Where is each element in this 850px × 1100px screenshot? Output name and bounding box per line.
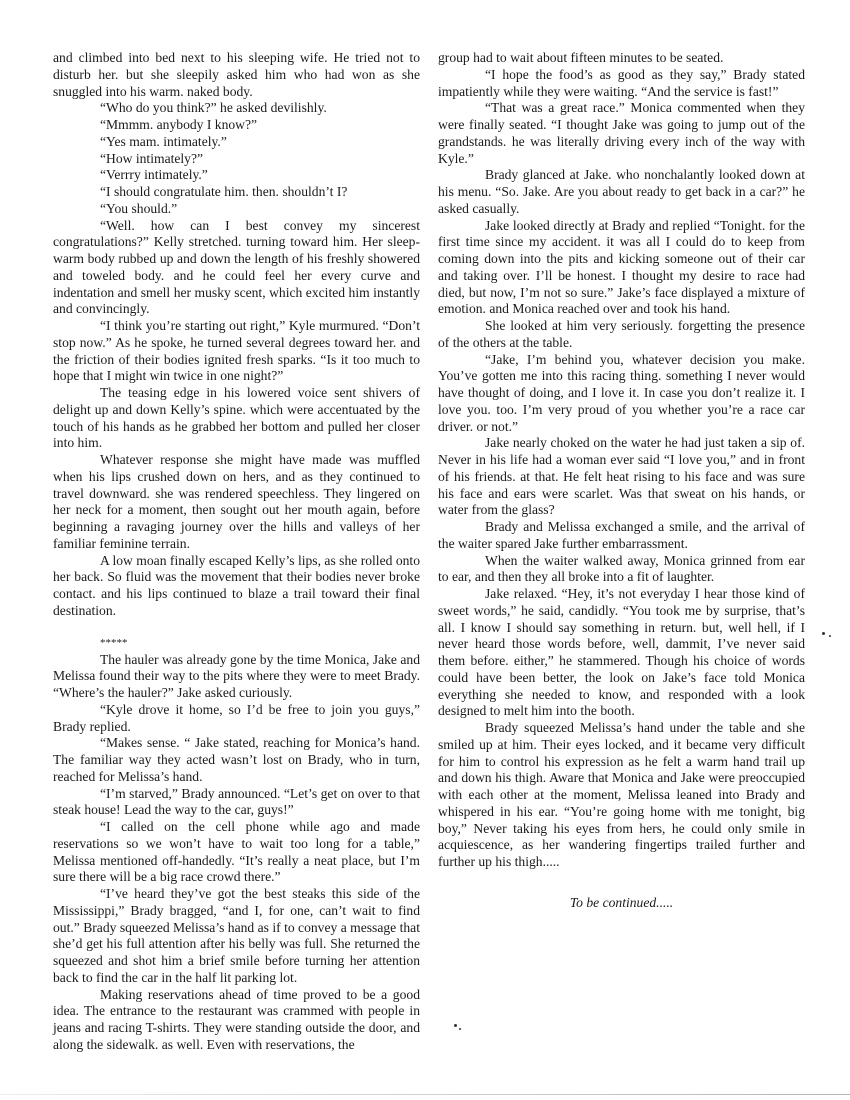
section-separator: ***** [100, 636, 420, 650]
paragraph: “I’ve heard they’ve got the best steaks … [53, 886, 420, 987]
paragraph: Brady and Melissa exchanged a smile, and… [438, 519, 805, 553]
paragraph: Whatever response she might have made wa… [53, 452, 420, 553]
paragraph: “You should.” [53, 201, 420, 218]
paragraph: “Makes sense. “ Jake stated, reaching fo… [53, 735, 420, 785]
to-be-continued-note: To be continued..... [438, 895, 805, 912]
paragraph: “That was a great race.” Monica commente… [438, 100, 805, 167]
paragraph: “Jake, I’m behind you, whatever decision… [438, 352, 805, 436]
left-column: and climbed into bed next to his sleepin… [53, 50, 420, 1054]
paragraph: When the waiter walked away, Monica grin… [438, 553, 805, 587]
scan-speck [822, 632, 825, 635]
scan-speck [454, 1024, 457, 1027]
paragraph: The teasing edge in his lowered voice se… [53, 385, 420, 452]
paragraph: She looked at him very seriously. forget… [438, 318, 805, 352]
right-column: group had to wait about fifteen minutes … [438, 50, 805, 912]
paragraph: Jake looked directly at Brady and replie… [438, 218, 805, 319]
page-bottom-edge [0, 1094, 850, 1095]
paragraph: “Mmmm. anybody I know?” [53, 117, 420, 134]
paragraph: and climbed into bed next to his sleepin… [53, 50, 420, 100]
scan-speck [829, 635, 831, 637]
paragraph: “Yes mam. intimately.” [53, 134, 420, 151]
paragraph: Brady glanced at Jake. who nonchalantly … [438, 167, 805, 217]
scan-speck [459, 1028, 461, 1030]
paragraph: “Well. how can I best convey my sinceres… [53, 218, 420, 319]
paragraph: “Who do you think?” he asked devilishly. [53, 100, 420, 117]
paragraph: “I think you’re starting out right,” Kyl… [53, 318, 420, 385]
paragraph: “I should congratulate him. then. should… [53, 184, 420, 201]
paragraph: “I’m starved,” Brady announced. “Let’s g… [53, 786, 420, 820]
document-page: and climbed into bed next to his sleepin… [0, 0, 850, 1100]
paragraph: “I hope the food’s as good as they say,”… [438, 67, 805, 101]
paragraph: “Kyle drove it home, so I’d be free to j… [53, 702, 420, 736]
paragraph: A low moan finally escaped Kelly’s lips,… [53, 553, 420, 620]
paragraph: Jake relaxed. “Hey, it’s not everyday I … [438, 586, 805, 720]
paragraph: “How intimately?” [53, 151, 420, 168]
paragraph: “I called on the cell phone while ago an… [53, 819, 420, 886]
paragraph: Jake nearly choked on the water he had j… [438, 435, 805, 519]
paragraph: The hauler was already gone by the time … [53, 652, 420, 702]
paragraph: group had to wait about fifteen minutes … [438, 50, 805, 67]
paragraph: Making reservations ahead of time proved… [53, 987, 420, 1054]
paragraph: “Verrry intimately.” [53, 167, 420, 184]
paragraph: Brady squeezed Melissa’s hand under the … [438, 720, 805, 871]
